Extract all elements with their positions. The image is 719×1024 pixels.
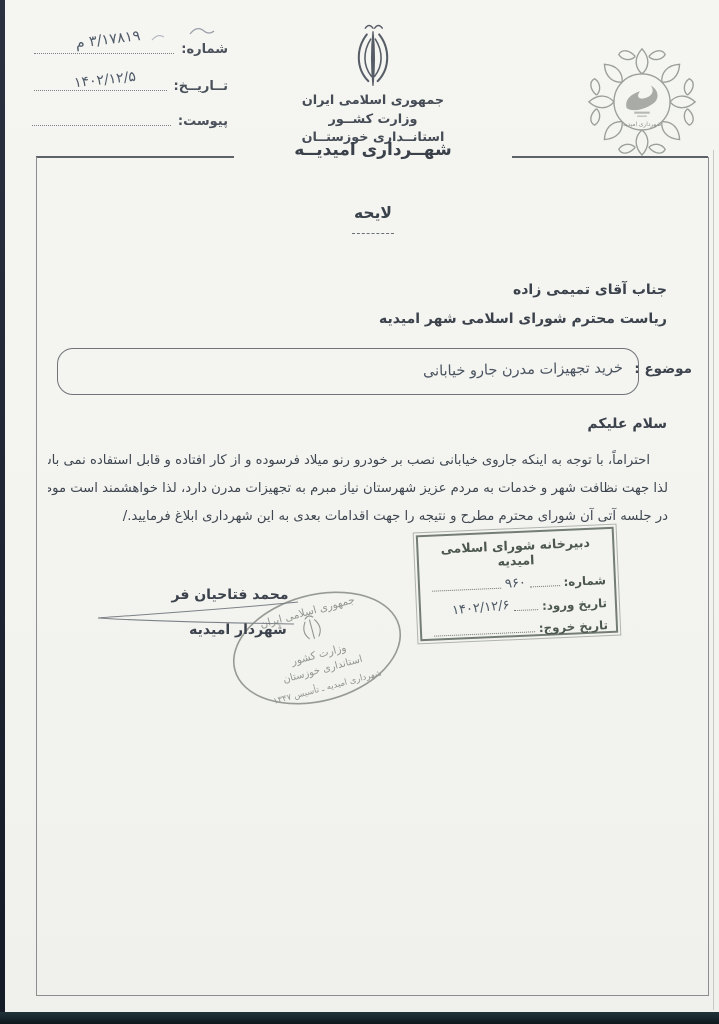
secretariat-entry-date-label: تاریخ ورود: — [542, 596, 607, 613]
scan-edge-right — [713, 150, 714, 1010]
secretariat-number-row: شماره: ۹۶۰ — [428, 572, 606, 595]
omidiyeh-municipality-logo: شهرداری امیدیه — [584, 42, 700, 158]
ref-number-label: شماره: — [181, 42, 228, 57]
attachment-label: پیوست: — [178, 114, 228, 129]
body-line-3: در جلسه آتی آن شورای محترم مطرح و نتیجه … — [48, 503, 668, 531]
logo-name-text: شهرداری امیدیه — [623, 122, 661, 128]
org-ministry-line: وزارت کشــور — [253, 111, 493, 130]
scan-edge-bottom — [0, 1012, 719, 1024]
signer-name: محمد فتاحیان فر — [150, 587, 310, 603]
secretariat-number-handwritten: ۹۶۰ — [504, 575, 526, 592]
document-type-underline — [352, 233, 394, 234]
org-country-line: جمهوری اسلامی ایران — [253, 92, 493, 111]
secretariat-number-dots — [530, 584, 560, 587]
secretariat-entry-date-dots — [514, 608, 538, 611]
body-line-2: لذا جهت نظافت شهر و خدمات به مردم عزیز ش… — [48, 475, 668, 503]
document-type-title: لایحه — [318, 204, 428, 222]
recipient-name: جناب آقای تمیمی زاده — [513, 282, 667, 298]
subject-label: موضوع : — [634, 361, 692, 377]
secretariat-exit-date-dots — [434, 630, 535, 636]
secretariat-stamp-title: دبیرخانه شورای اسلامی امیدیه — [426, 534, 605, 572]
secretariat-number-label: شماره: — [563, 573, 606, 589]
letter-body: احتراماً، با توجه به اینکه جاروی خیابانی… — [48, 447, 668, 531]
attachment-row: پیوست: — [28, 114, 228, 129]
secretariat-entry-date-handwritten: ۱۴۰۲/۱۲/۶ — [452, 598, 511, 618]
scanned-letter-page: شماره: م ۳/۱۷۸۱۹ تــاریــخ: ۱۴۰۲/۱۲/۵ پی… — [0, 0, 719, 1024]
date-label: تــاریــخ: — [174, 79, 228, 94]
secretariat-number-dots-trailing — [432, 587, 501, 592]
signer-title: شهردار امیدیه — [178, 622, 298, 638]
scan-edge-left — [0, 0, 5, 1024]
salutation: سلام علیکم — [587, 416, 667, 432]
council-secretariat-stamp: دبیرخانه شورای اسلامی امیدیه شماره: ۹۶۰ … — [416, 527, 618, 642]
recipient-title: ریاست محترم شورای اسلامی شهر امیدیه — [379, 311, 667, 327]
iran-national-emblem-icon — [349, 22, 397, 92]
secretariat-entry-date-row: تاریخ ورود: ۱۴۰۲/۱۲/۶ — [429, 595, 607, 618]
attachment-dotted-line — [32, 124, 171, 126]
secretariat-exit-date-label: تاریخ خروج: — [539, 618, 609, 635]
body-line-1: احتراماً، با توجه به اینکه جاروی خیابانی… — [48, 447, 668, 475]
